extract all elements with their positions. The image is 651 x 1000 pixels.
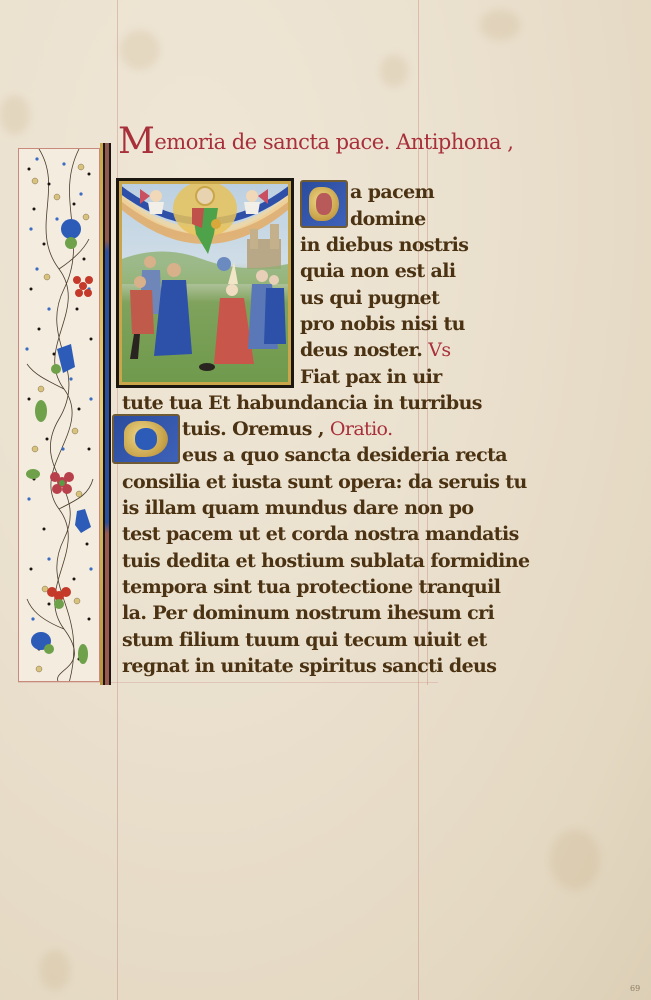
parchment-stain <box>40 950 70 990</box>
parchment-stain <box>480 10 520 40</box>
text-span: tuis. Oremus , <box>182 418 324 440</box>
text-line: domine <box>350 208 426 230</box>
blue-flower-icon <box>31 632 54 654</box>
illuminated-initial-d <box>112 414 180 464</box>
green-leaf-icon <box>78 644 88 664</box>
folio-number: 69 <box>630 984 640 993</box>
text-span: deus noster. <box>300 339 422 361</box>
ruling-line <box>18 682 438 683</box>
blue-bellflower-icon <box>75 509 91 533</box>
blue-flower-icon <box>61 219 81 249</box>
heading-initial: M <box>118 121 154 162</box>
green-leaf-icon <box>26 469 40 479</box>
parchment-stain <box>120 30 160 70</box>
red-flower-icon <box>73 276 93 297</box>
parchment-stain <box>550 830 600 890</box>
text-line: in diebus nostris <box>300 234 468 256</box>
heading-text: emoria de sancta pace. Antiphona , <box>154 130 513 154</box>
text-line: la. Per dominum nostrum ihesum cri <box>122 602 494 624</box>
miniature-scene <box>122 184 288 382</box>
floral-border-vines <box>19 149 100 682</box>
rubric-span: Vs <box>428 339 450 361</box>
text-line: us qui pugnet <box>300 287 439 309</box>
text-line: tempora sint tua protectione tranquil <box>122 576 500 598</box>
illuminated-initial-d <box>300 180 348 228</box>
miniature-painting <box>116 178 294 388</box>
text-line: pro nobis nisi tu <box>300 313 465 335</box>
green-leaf-icon <box>35 400 47 422</box>
border-bar <box>109 143 111 685</box>
floral-border <box>18 148 100 682</box>
rubric-span: Oratio. <box>330 418 393 440</box>
text-line: tuis. Oremus , Oratio. <box>182 418 393 440</box>
text-line: Fiat pax in uir <box>300 366 442 388</box>
text-line: consilia et iusta sunt opera: da seruis … <box>122 471 527 493</box>
text-line: tute tua Et habundancia in turribus <box>122 392 482 414</box>
text-line: eus a quo sancta desideria recta <box>182 444 507 466</box>
text-line: regnat in unitate spiritus sancti deus <box>122 655 496 677</box>
parchment-stain <box>0 95 30 135</box>
text-line: deus noster. Vs <box>300 339 451 361</box>
red-flower-icon <box>47 587 71 609</box>
parchment-stain <box>380 55 408 87</box>
text-line: is illam quam mundus dare non po <box>122 497 473 519</box>
text-line: a pacem <box>350 181 434 203</box>
text-line: tuis dedita et hostium sublata formidine <box>122 550 530 572</box>
text-line: stum filium tuum qui tecum uiuit et <box>122 629 487 651</box>
rubric-heading: Memoria de sancta pace. Antiphona , <box>118 124 513 160</box>
text-line: test pacem ut et corda nostra mandatis <box>122 523 519 545</box>
red-flower-icon <box>50 472 74 494</box>
text-line: quia non est ali <box>300 260 455 282</box>
miniature-illustration <box>122 184 288 382</box>
